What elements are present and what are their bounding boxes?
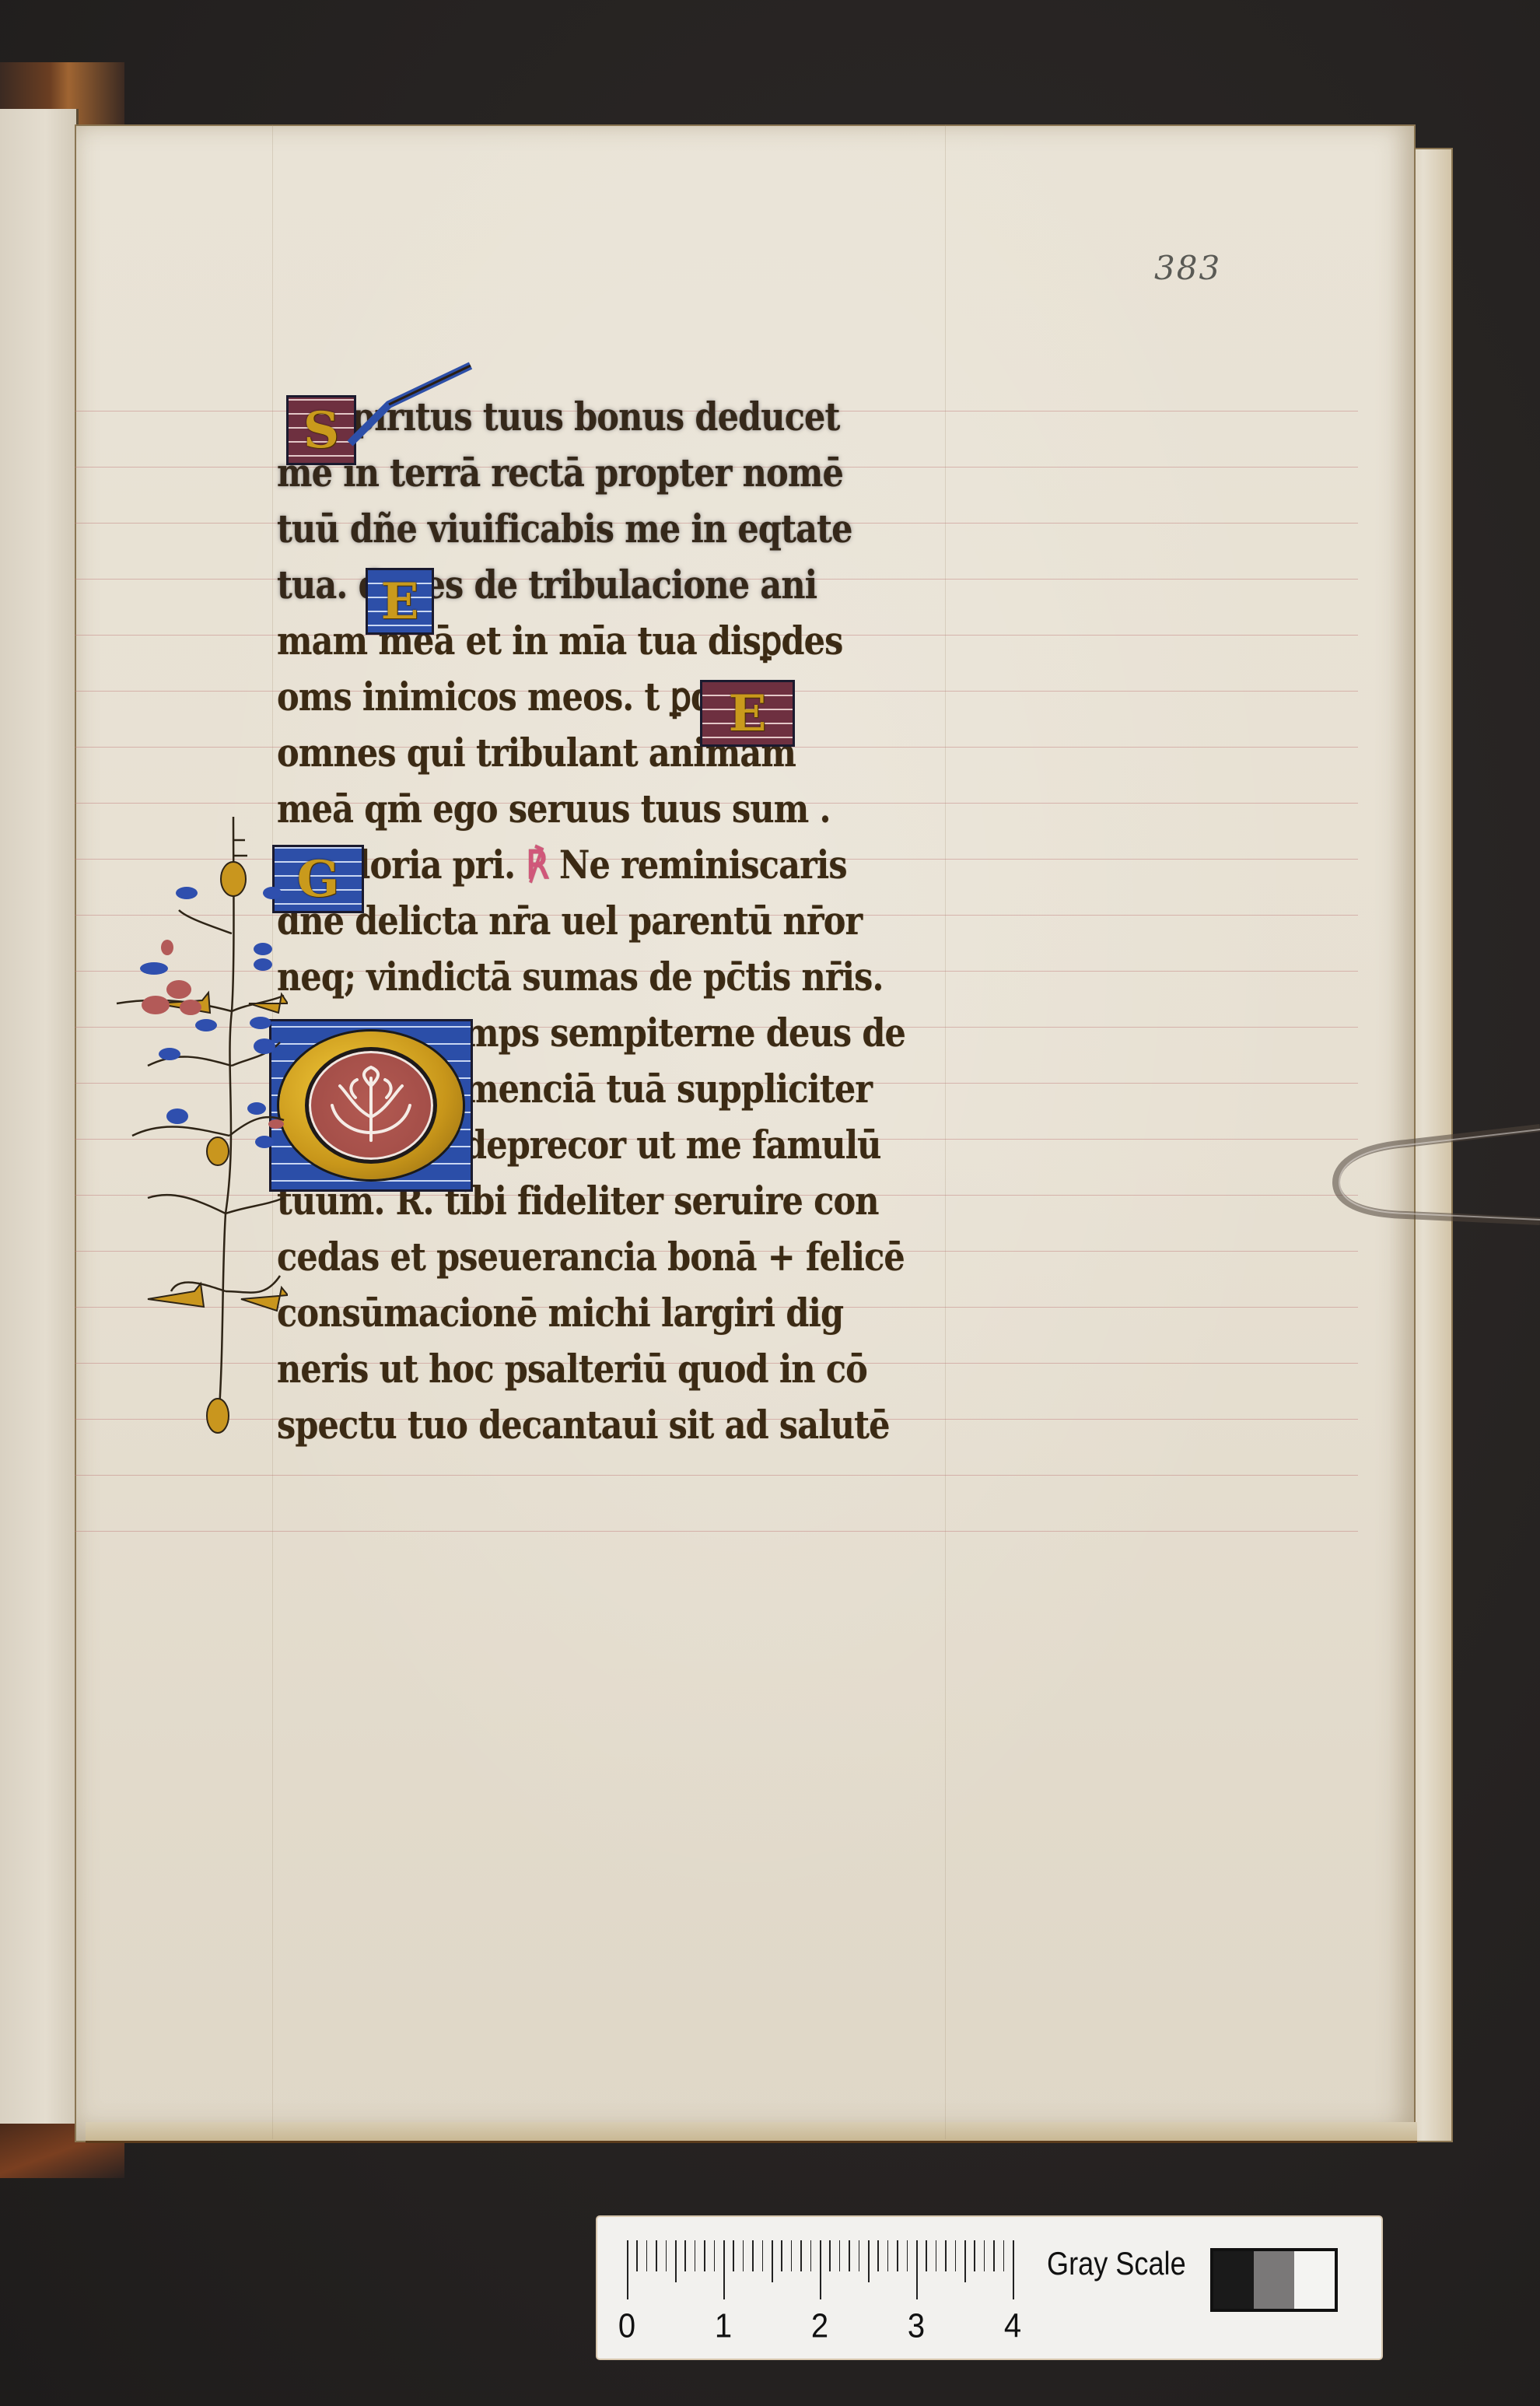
ruler-tick <box>723 2240 725 2299</box>
ruler-tick <box>887 2240 889 2271</box>
gray-scale-swatches <box>1210 2248 1338 2312</box>
initial-letter: G <box>297 850 340 909</box>
ruler-tick <box>926 2240 927 2271</box>
text-line: oms inimicos meos. t ꝑdes <box>277 669 752 725</box>
text-line: tua. duces de tribulacione ani <box>277 557 817 613</box>
gray-scale-card: 01234 Gray Scale <box>597 2217 1381 2359</box>
ruler-label: 1 <box>715 2307 732 2346</box>
initial-s-pen-flourish <box>342 358 474 451</box>
swatch-white <box>1294 2251 1335 2309</box>
ruler-tick <box>704 2240 705 2271</box>
ruler-tick <box>636 2240 638 2271</box>
text-line: deprecor ut me famulū <box>464 1117 881 1173</box>
ruler-tick <box>1013 2240 1014 2299</box>
swatch-black <box>1213 2251 1254 2309</box>
initial-o-gold-ring <box>279 1031 463 1179</box>
text-line: neris ut hoc psalteriū quod in cō <box>277 1341 867 1397</box>
ruler-tick <box>646 2240 648 2271</box>
text-line: neq; vindictā sumas de pc̄tis nr̄is. <box>277 949 884 1005</box>
ruler-label: 0 <box>618 2307 635 2346</box>
swatch-gray <box>1254 2251 1294 2309</box>
fleur-de-lis-icon <box>324 1063 418 1148</box>
initial-e-1: E <box>366 568 434 635</box>
ruler-tick <box>964 2240 966 2282</box>
ruler-tick <box>695 2240 696 2271</box>
ruler-tick <box>820 2240 821 2299</box>
text-line: tuū dñe viuificabis me in eqtate <box>277 501 852 557</box>
border-vine-decoration <box>101 809 288 1447</box>
ruler-tick <box>993 2240 995 2271</box>
ruler: 01234 <box>627 2240 1024 2349</box>
ruler-tick <box>627 2240 628 2299</box>
ruler-tick <box>984 2240 985 2271</box>
ruler-tick <box>1003 2240 1005 2271</box>
left-page-edge <box>0 109 79 2147</box>
ruling-line <box>75 1475 1358 1476</box>
text-line: menciā tuā suppliciter <box>464 1061 872 1117</box>
initial-e-2: E <box>700 680 795 747</box>
ruler-tick <box>907 2240 908 2271</box>
text-line: spectu tuo decantaui sit ad salutē <box>277 1397 890 1453</box>
ruler-label: 4 <box>1004 2307 1021 2346</box>
ruler-label: 3 <box>908 2307 925 2346</box>
initial-letter: E <box>381 573 419 631</box>
rubric-response-mark: ℟ <box>515 842 548 888</box>
ruler-tick <box>859 2240 860 2271</box>
folio-bottom-edge <box>86 2122 1417 2143</box>
ruler-tick <box>810 2240 812 2271</box>
ruler-tick <box>675 2240 677 2282</box>
text-line: cedas et pseuerancia bonā + felicē <box>277 1229 905 1285</box>
ruler-tick <box>945 2240 947 2271</box>
ruler-tick <box>877 2240 879 2271</box>
ruler-tick <box>829 2240 831 2271</box>
ruler-tick <box>849 2240 850 2271</box>
ruler-tick <box>762 2240 764 2271</box>
text-line: loria pri. ℟ Ne reminiscaris <box>358 837 847 893</box>
text-line: me in terrā rectā propter nomē <box>277 445 843 501</box>
ruler-tick <box>800 2240 802 2271</box>
initial-letter: S <box>303 401 339 460</box>
gray-scale-title: Gray Scale <box>1047 2245 1186 2282</box>
text-line: consūmacionē michi largiri dig <box>277 1285 843 1341</box>
initial-letter: E <box>729 685 767 743</box>
page-clip <box>1313 1089 1540 1229</box>
ruler-tick <box>752 2240 754 2271</box>
ruler-tick <box>733 2240 734 2271</box>
ruler-tick <box>772 2240 773 2282</box>
ruler-tick <box>936 2240 937 2271</box>
text-line: mps sempiterne deus de <box>464 1005 905 1061</box>
text-line: dn̄e delicta nr̄a uel parentū nr̄or <box>277 893 862 949</box>
ruler-tick <box>684 2240 686 2271</box>
ruling-line <box>75 1531 1358 1532</box>
initial-o-foliate-center <box>305 1047 437 1164</box>
ruler-tick <box>897 2240 898 2271</box>
ruler-tick <box>714 2240 716 2271</box>
ruler-tick <box>916 2240 918 2299</box>
initial-o-large <box>269 1019 473 1192</box>
ruler-tick <box>839 2240 841 2271</box>
ruler-tick <box>791 2240 793 2271</box>
ruler-tick <box>743 2240 744 2271</box>
ruler-tick <box>974 2240 975 2271</box>
ruler-tick <box>781 2240 782 2271</box>
ruler-tick <box>656 2240 657 2271</box>
text-line: mam meā et in mīa tua disꝑdes <box>277 613 843 669</box>
ruling-column-line <box>945 124 946 2139</box>
ruler-tick <box>955 2240 957 2271</box>
text-line: meā qm̄ ego seruus tuus sum . <box>277 781 831 837</box>
ruler-tick <box>868 2240 870 2282</box>
folio-number: 383 <box>1154 249 1221 287</box>
ruler-label: 2 <box>811 2307 828 2346</box>
ruler-tick <box>666 2240 667 2271</box>
